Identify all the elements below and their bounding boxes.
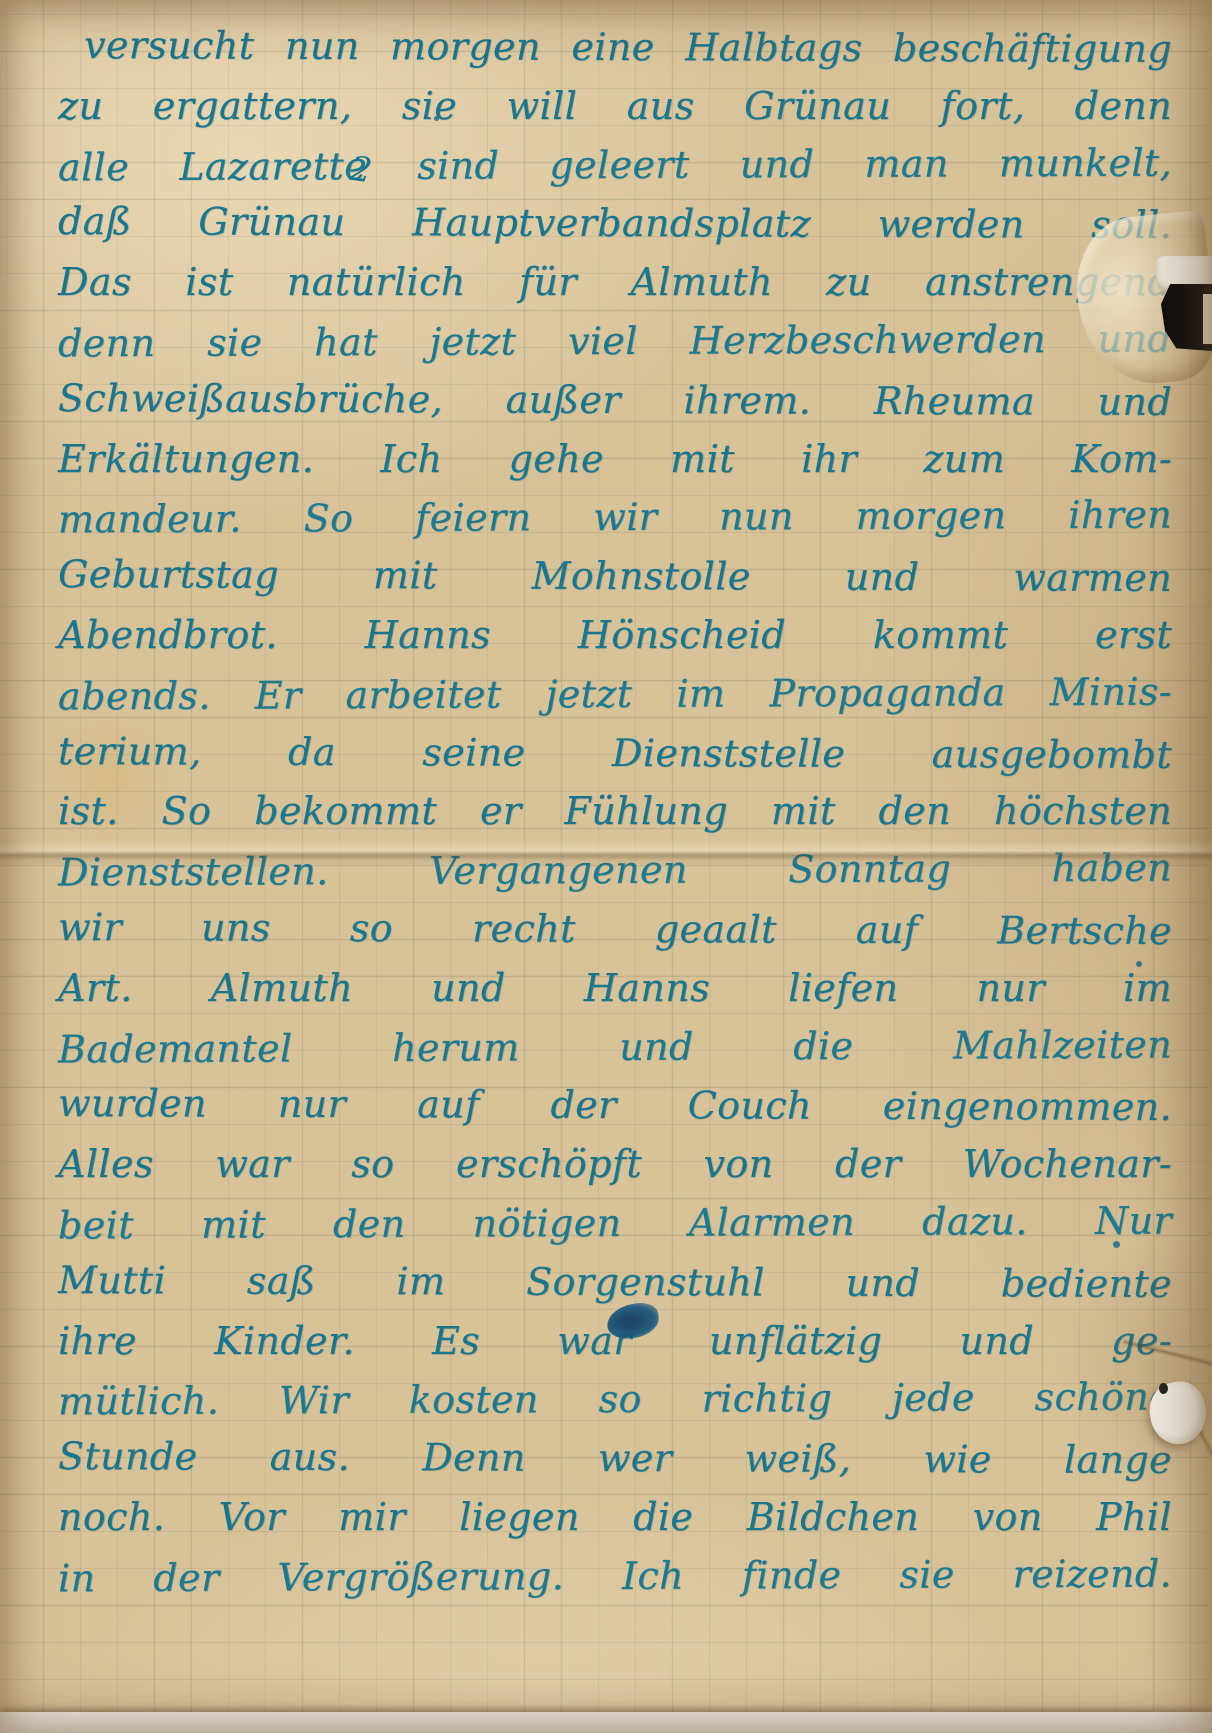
handwritten-text-block: versucht nun morgen eine Halbtags beschä… [58,18,1172,1606]
handwriting-line: mandeur. So feiern wir nun morgen ihren [58,486,1172,550]
handwriting-line: in der Vergrößerung. Ich finde sie reize… [58,1544,1172,1608]
handwriting-line: Art. Almuth und Hanns liefen nur im [58,959,1172,1018]
handwriting-line: noch. Vor mir liegen die Bildchen von Ph… [58,1488,1172,1547]
handwriting-line: mütlich. Wir kosten so richtig jede schö… [58,1368,1172,1432]
handwriting-line: Geburtstag mit Mohnstolle und warmen [58,545,1172,608]
handwriting-line: Alles war so erschöpft von der Wochenar- [58,1135,1172,1194]
dark-speck-on-patch [1159,1383,1168,1394]
scanner-edge-strip [0,1712,1212,1733]
ink-speck [434,116,439,121]
handwriting-line: Schweißausbrüche, außer ihrem. Rheuma un… [58,369,1172,432]
torn-edge-sliver [1203,294,1212,344]
handwriting-line: Bademantel herum und die Mahlzeiten [58,1015,1172,1079]
handwriting-line: Stunde aus. Denn wer weiß, wie lange [58,1427,1172,1490]
handwriting-line: Erkältungen. Ich gehe mit ihr zum Kom- [58,430,1172,489]
handwriting-line: wurden nur auf der Couch eingenommen. [58,1074,1172,1137]
handwriting-line: daß Grünau Hauptverbandsplatz werden sol… [58,192,1172,255]
ink-speck [1136,961,1142,967]
handwriting-line: ist. So bekommt er Fühlung mit den höchs… [58,782,1172,841]
handwriting-line: zu ergattern, sie will aus Grünau fort, … [58,77,1172,136]
horizontal-fold-crease [0,840,1212,868]
handwriting-line: terium, da seine Dienststelle ausgebombt [58,722,1172,785]
handwriting-line: beit mit den nötigen Alarmen dazu. Nur [58,1192,1172,1256]
handwriting-line: versucht nun morgen eine Halbtags beschä… [58,16,1172,79]
handwriting-line: Abendbrot. Hanns Hönscheid kommt erst [58,606,1172,665]
ink-speck [1113,1241,1120,1248]
handwriting-line: alle Lazarette sind geleert und man munk… [58,133,1172,197]
letter-page: versucht nun morgen eine Halbtags beschä… [0,0,1212,1733]
handwriting-line: wir uns so recht geaalt auf Bertsche [58,898,1172,961]
crumple-shading-bottom-right [1058,1238,1212,1504]
handwriting-line: denn sie hat jetzt viel Herzbeschwerden … [58,310,1172,374]
handwriting-line: Mutti saß im Sorgenstuhl und bediente [58,1251,1172,1314]
handwriting-line: Das ist natürlich für Almuth zu anstreng… [58,253,1172,312]
handwriting-line: abends. Er arbeitet jetzt im Propaganda … [58,662,1172,726]
